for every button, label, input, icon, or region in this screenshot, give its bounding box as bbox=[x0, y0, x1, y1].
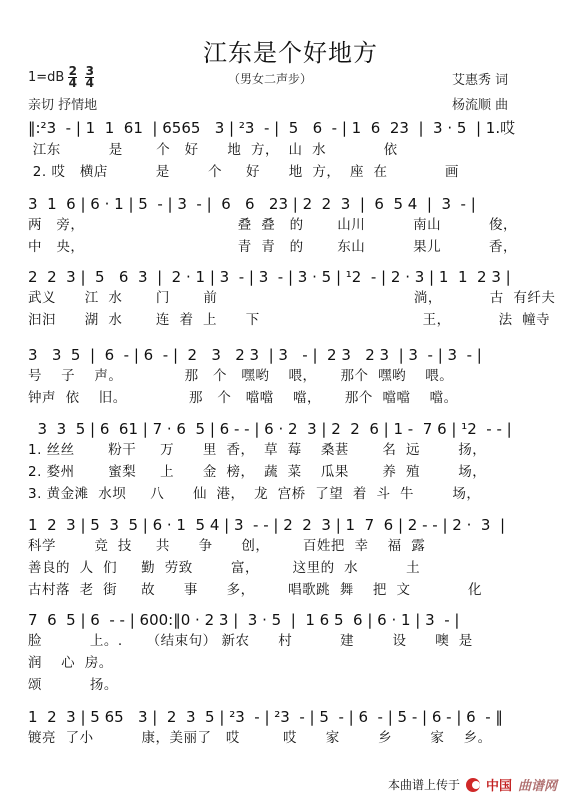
system-3: 2 2 3 | 5 6 3 | 2 · 1 | 3 - | 3 - | 3 · … bbox=[28, 260, 558, 330]
notation-line: 3 3 5 | 6 - | 6 - | 2 3 2 3 | 3 - | 2 3 … bbox=[28, 338, 558, 364]
lyric-line: 中 央， 青 青 的 东山 果儿 香， bbox=[28, 235, 558, 257]
key-signature: 1=dB 2 4 3 4 bbox=[28, 66, 94, 89]
lyricist-credit: 艾惠秀 词 bbox=[452, 69, 508, 88]
lyric-line: 钟声 依 旧。 那 个 噹噹 噹， 那个 噹噹 噹。 bbox=[28, 386, 558, 408]
notation-line: 2 2 3 | 5 6 3 | 2 · 1 | 3 - | 3 - | 3 · … bbox=[28, 260, 558, 286]
lyric-line: 古村落 老 街 故 事 多， 唱歌跳 舞 把 文 化 bbox=[28, 578, 558, 600]
site-logo-icon bbox=[466, 778, 480, 792]
subtitle: （男女二声步） bbox=[200, 70, 340, 87]
notation-line: ‖:²3 - | 1 1 61 | 6565 3 | ²3 - | 5 6 - … bbox=[28, 112, 558, 138]
lyric-line: 脸 上。. （结束句） 新农 村 建 设 噢 是 bbox=[28, 629, 558, 651]
site-name-secondary: 曲谱网 bbox=[518, 775, 557, 794]
lyric-line: 3. 黄金滩 水坝 八 仙 港， 龙 宫桥 了望 着 斗 牛 场， bbox=[28, 482, 558, 504]
lyric-line: 号 子 声。 那 个 嘿哟 喂， 那个 嘿哟 喂。 bbox=[28, 364, 558, 386]
system-8: 1 2 3 | 5 65 3 | 2 3 5 | ²3 - | ²3 - | 5… bbox=[28, 700, 558, 748]
score-title: 江东是个好地方 bbox=[0, 33, 581, 68]
time-signature-1: 2 4 bbox=[68, 66, 77, 89]
lyric-line: 颂 扬。 bbox=[28, 673, 558, 695]
key-label: 1=dB bbox=[28, 70, 64, 85]
system-7: 7 6 5 | 6 - - | 600:‖0 · 2 3 | 3 · 5 | 1… bbox=[28, 603, 558, 695]
lyric-line: 2. 婺州 蜜梨 上 金 榜， 蔬 菜 瓜果 养 殖 场， bbox=[28, 460, 558, 482]
lyric-line: 润 心 房。 bbox=[28, 651, 558, 673]
notation-line: 1 2 3 | 5 3 5 | 6 · 1 5 4 | 3 - - | 2 2 … bbox=[28, 508, 558, 534]
lyric-line: 科学 竞 技 共 争 创， 百姓把 幸 福 露 bbox=[28, 534, 558, 556]
time-signature-2: 3 4 bbox=[85, 66, 94, 89]
notation-line: 1 2 3 | 5 65 3 | 2 3 5 | ²3 - | ²3 - | 5… bbox=[28, 700, 558, 726]
site-name-primary: 中国 bbox=[486, 775, 512, 794]
lyric-line: 两 旁， 叠 叠 的 山川 南山 俊， bbox=[28, 213, 558, 235]
system-1: ‖:²3 - | 1 1 61 | 6565 3 | ²3 - | 5 6 - … bbox=[28, 112, 558, 182]
notation-line: 7 6 5 | 6 - - | 600:‖0 · 2 3 | 3 · 5 | 1… bbox=[28, 603, 558, 629]
lyric-line: 2. 哎 横店 是 个 好 地 方， 座 在 画 bbox=[28, 160, 558, 182]
lyric-line: 汩汩 湖 水 连 着 上 下 王， 法 幢寺 bbox=[28, 308, 558, 330]
lyric-line: 武义 江 水 门 前 淌， 古 有纤夫 bbox=[28, 286, 558, 308]
upload-text: 本曲谱上传于 bbox=[388, 776, 460, 793]
lyric-line: 镀亮 了小 康，美丽了 哎 哎 家 乡 家 乡。 bbox=[28, 726, 558, 748]
system-4: 3 3 5 | 6 - | 6 - | 2 3 2 3 | 3 - | 2 3 … bbox=[28, 338, 558, 408]
composer-credit: 杨流顺 曲 bbox=[452, 94, 508, 113]
system-2: 3 1 6 | 6 · 1 | 5 - | 3 - | 6 6 23 | 2 2… bbox=[28, 187, 558, 257]
lyric-line: 江东 是 个 好 地 方， 山 水 依 bbox=[28, 138, 558, 160]
lyric-line: 1. 丝丝 粉干 万 里 香， 草 莓 桑葚 名 远 扬， bbox=[28, 438, 558, 460]
tempo-marking: 亲切 抒情地 bbox=[28, 94, 97, 113]
system-6: 1 2 3 | 5 3 5 | 6 · 1 5 4 | 3 - - | 2 2 … bbox=[28, 508, 558, 600]
notation-line: 3 1 6 | 6 · 1 | 5 - | 3 - | 6 6 23 | 2 2… bbox=[28, 187, 558, 213]
lyric-line: 善良的 人 们 勤 劳致 富， 这里的 水 土 bbox=[28, 556, 558, 578]
notation-line: 3 3 5 | 6 61 | 7 · 6 5 | 6 - - | 6 · 2 3… bbox=[28, 412, 558, 438]
footer-upload-credit: 本曲谱上传于 中国曲谱网 bbox=[388, 775, 557, 794]
system-5: 3 3 5 | 6 61 | 7 · 6 5 | 6 - - | 6 · 2 3… bbox=[28, 412, 558, 504]
